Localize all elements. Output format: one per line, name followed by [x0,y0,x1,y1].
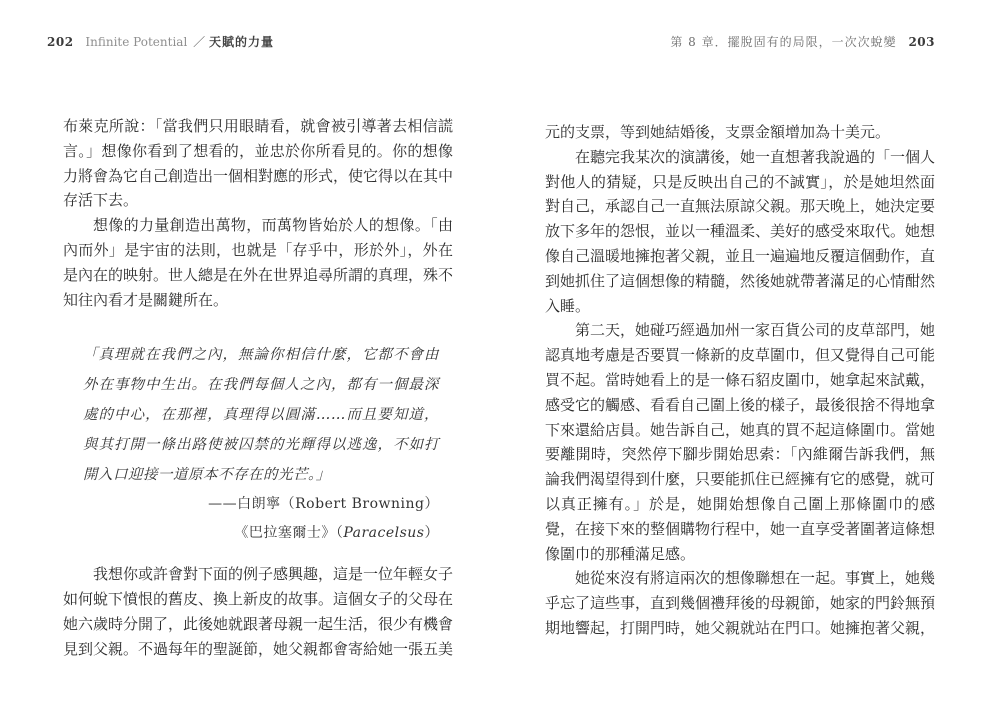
quote-block: 「真理就在我們之內，無論你相信什麼，它都不會由外在事物中生出。在我們每個人之內，… [83,340,439,547]
body-paragraph: 想像的力量創造出萬物，而萬物皆始於人的想像。「由內而外」是宇宙的法則，也就是「存… [63,213,453,312]
book-title-chinese: 天賦的力量 [209,35,274,49]
body-paragraph: 她從來沒有將這兩次的想像聯想在一起。事實上，她幾乎忘了這些事，直到幾個禮拜後的母… [545,566,935,640]
running-header-right: 第 8 章．擺脫固有的局限，一次次蛻變 203 [670,34,935,50]
page-left: 202 Infinite Potential ／ 天賦的力量 布萊克所說：「當我… [0,0,500,709]
work-title-close-paren: ） [425,525,440,541]
book-spread: 202 Infinite Potential ／ 天賦的力量 布萊克所說：「當我… [0,0,1000,709]
quote-attribution-author: ——白朗寧（Robert Browning） [83,490,439,519]
quote-text: 「真理就在我們之內，無論你相信什麼，它都不會由外在事物中生出。在我們每個人之內，… [83,340,439,490]
page-number-left: 202 [47,35,74,49]
page-body-left: 布萊克所說：「當我們只用眼睛看，就會被引導著去相信謊言。」想像你看到了想看的，並… [63,114,453,662]
work-title-english: Paracelsus [343,525,424,541]
header-separator-slash: ／ [193,35,205,49]
book-title-english: Infinite Potential [85,35,187,49]
body-paragraph: 第二天，她碰巧經過加州一家百貨公司的皮草部門，她認真地考慮是否要買一條新的皮草圍… [545,318,935,566]
page-body-right: 元的支票，等到她結婚後，支票金額增加為十美元。 在聽完我某次的演講後，她一直想著… [545,120,935,641]
body-paragraph: 元的支票，等到她結婚後，支票金額增加為十美元。 [545,120,935,145]
quote-attribution-work: 《巴拉塞爾士》（Paracelsus） [83,519,439,548]
page-right: 第 8 章．擺脫固有的局限，一次次蛻變 203 元的支票，等到她結婚後，支票金額… [500,0,1000,709]
body-paragraph: 布萊克所說：「當我們只用眼睛看，就會被引導著去相信謊言。」想像你看到了想看的，並… [63,114,453,213]
body-paragraph: 在聽完我某次的演講後，她一直想著我說過的「一個人對他人的猜疑，只是反映出自己的不… [545,145,935,319]
running-header-left: 202 Infinite Potential ／ 天賦的力量 [47,34,274,50]
body-paragraph: 我想你或許會對下面的例子感興趣，這是一位年輕女子如何蛻下憤恨的舊皮、換上新皮的故… [63,562,453,661]
page-number-right: 203 [908,35,935,49]
work-title-chinese: 《巴拉塞爾士》（ [234,525,343,541]
chapter-title: 第 8 章．擺脫固有的局限，一次次蛻變 [670,35,896,49]
